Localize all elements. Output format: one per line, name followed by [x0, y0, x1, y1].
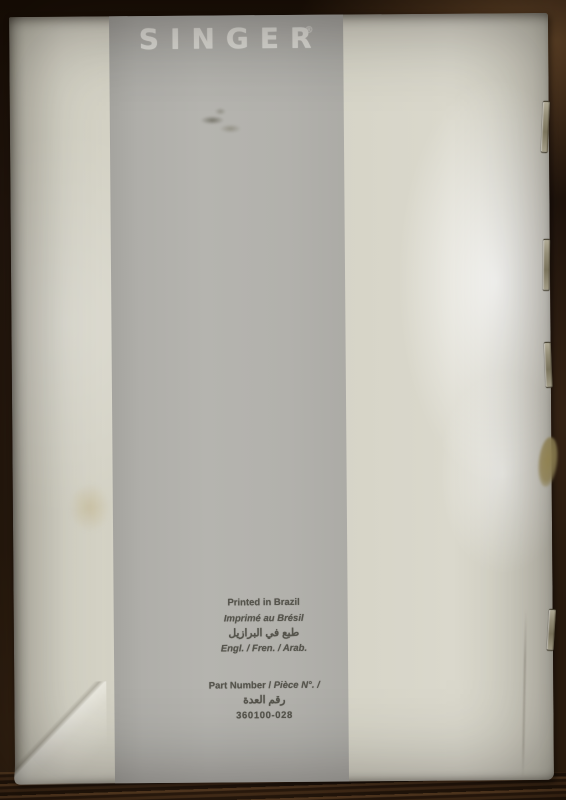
singer-logo: SINGER®	[109, 21, 343, 56]
manual-back-cover: SINGER® Printed in Brazil Imprimé au Bré…	[9, 13, 554, 784]
staple	[543, 239, 550, 291]
faint-yellow-stain	[69, 482, 111, 532]
staple	[544, 342, 553, 388]
smudge-stain	[194, 106, 252, 142]
part-number-label: Part Number / Pièce N°. /	[154, 677, 374, 694]
rust-stain	[536, 436, 561, 488]
staple	[541, 101, 550, 153]
part-number-label-en: Part Number /	[209, 680, 271, 691]
part-number-label-fr: Pièce N°. /	[274, 680, 320, 691]
registered-trademark-symbol: ®	[304, 26, 313, 36]
singer-logo-text: SINGER	[139, 22, 323, 56]
part-number-value: 360100-028	[154, 707, 374, 724]
part-number-block: Part Number / Pièce N°. / رقم العدة 3601…	[154, 677, 374, 724]
paper-crease	[522, 609, 527, 779]
staple	[547, 609, 557, 651]
languages-line: Engl. / Fren. / Arab.	[159, 640, 369, 657]
printed-in-brazil-block: Printed in Brazil Imprimé au Brésil طبع …	[159, 594, 369, 657]
photo-background: SINGER® Printed in Brazil Imprimé au Bré…	[0, 0, 566, 800]
printed-in-brazil-line-fr: Imprimé au Brésil	[159, 610, 369, 627]
printed-in-brazil-line-en: Printed in Brazil	[159, 594, 369, 611]
part-number-label-ar: رقم العدة	[154, 692, 374, 709]
dog-ear-fold	[13, 681, 107, 785]
printed-in-brazil-line-ar: طبع في البرازيل	[159, 625, 369, 642]
